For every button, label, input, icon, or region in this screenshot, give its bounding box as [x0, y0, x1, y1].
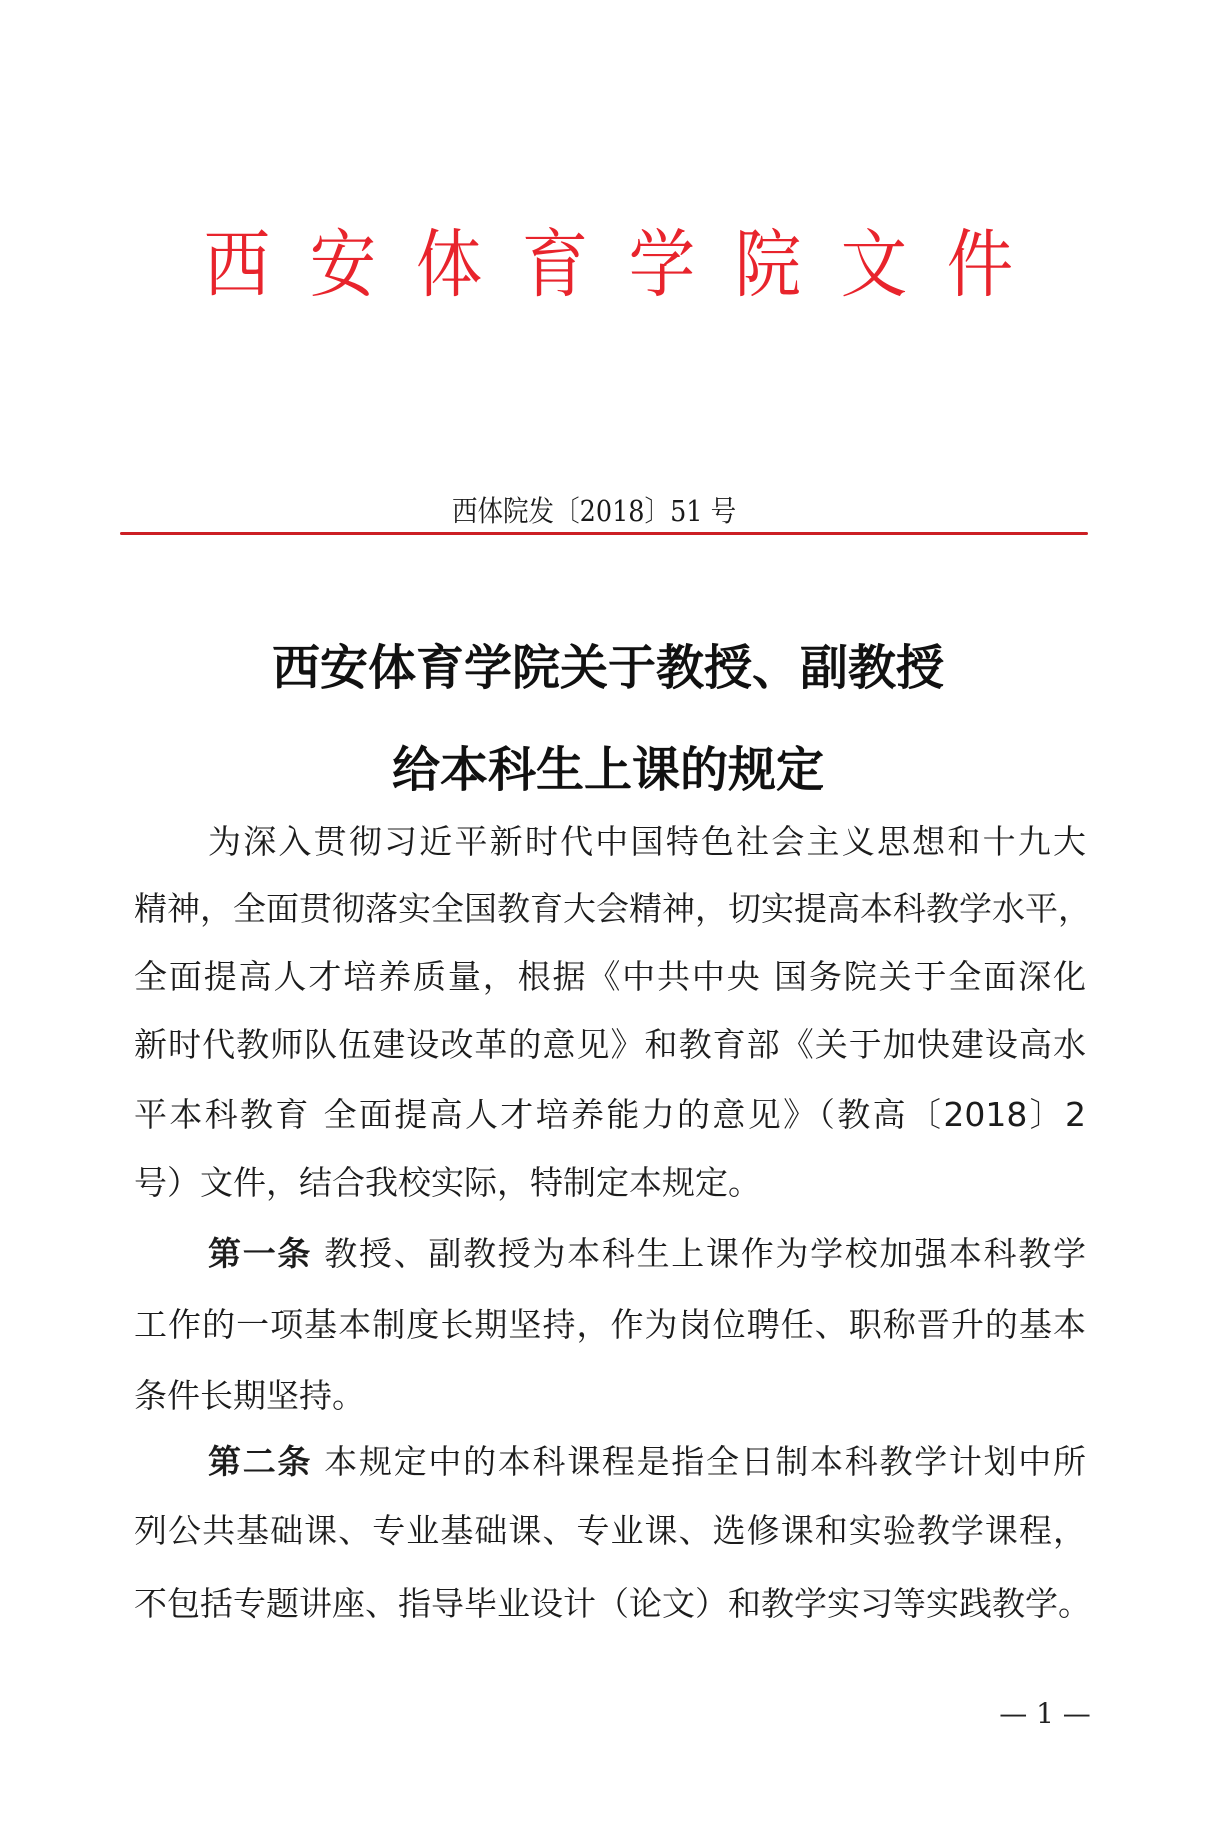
preamble-line: 平本科教育 全面提高人才培养能力的意见》（教高〔2018〕2 — [134, 1093, 1086, 1137]
red-divider-rule — [120, 532, 1088, 535]
masthead-char: 安 — [310, 222, 375, 308]
article-1-line: 工作的一项基本制度长期坚持，作为岗位聘任、职称晋升的基本 — [134, 1303, 1086, 1347]
issuer-masthead: 西 安 体 育 学 院 文 件 — [200, 222, 1015, 308]
masthead-char: 院 — [734, 222, 799, 308]
document-title-line-1: 西安体育学院关于教授、副教授 — [180, 639, 1036, 697]
preamble-line: 精神，全面贯彻落实全国教育大会精神，切实提高本科教学水平， — [134, 887, 1086, 931]
article-2-line: 不包括专题讲座、指导毕业设计（论文）和教学实习等实践教学。 — [134, 1582, 1086, 1626]
article-1-text: 教授、副教授为本科生上课作为学校加强本科教学 — [312, 1234, 1086, 1273]
preamble-line: 全面提高人才培养质量，根据《中共中央 国务院关于全面深化 — [134, 955, 1086, 999]
article-2-line: 列公共基础课、专业基础课、专业课、选修课和实验教学课程， — [134, 1509, 1086, 1553]
article-1-line: 条件长期坚持。 — [134, 1374, 1086, 1418]
document-title-line-2: 给本科生上课的规定 — [180, 741, 1036, 799]
article-2-label: 第二条 — [208, 1442, 312, 1481]
document-number: 西体院发〔2018〕51 号 — [452, 494, 738, 528]
page-number: — 1 — — [990, 1696, 1100, 1732]
preamble-line: 号）文件，结合我校实际，特制定本规定。 — [134, 1161, 1086, 1205]
masthead-char: 文 — [840, 222, 905, 308]
preamble-line: 为深入贯彻习近平新时代中国特色社会主义思想和十九大 — [208, 820, 1086, 864]
article-2-first-line: 第二条 本规定中的本科课程是指全日制本科教学计划中所 — [208, 1440, 1086, 1484]
article-1-first-line: 第一条 教授、副教授为本科生上课作为学校加强本科教学 — [208, 1232, 1086, 1276]
article-1-label: 第一条 — [208, 1234, 312, 1273]
masthead-char: 学 — [628, 222, 693, 308]
masthead-char: 体 — [416, 222, 481, 308]
masthead-char: 育 — [522, 222, 587, 308]
masthead-char: 件 — [947, 222, 1012, 308]
preamble-line: 新时代教师队伍建设改革的意见》和教育部《关于加快建设高水 — [134, 1023, 1086, 1067]
masthead-char: 西 — [204, 222, 269, 308]
article-2-text: 本规定中的本科课程是指全日制本科教学计划中所 — [312, 1442, 1086, 1481]
